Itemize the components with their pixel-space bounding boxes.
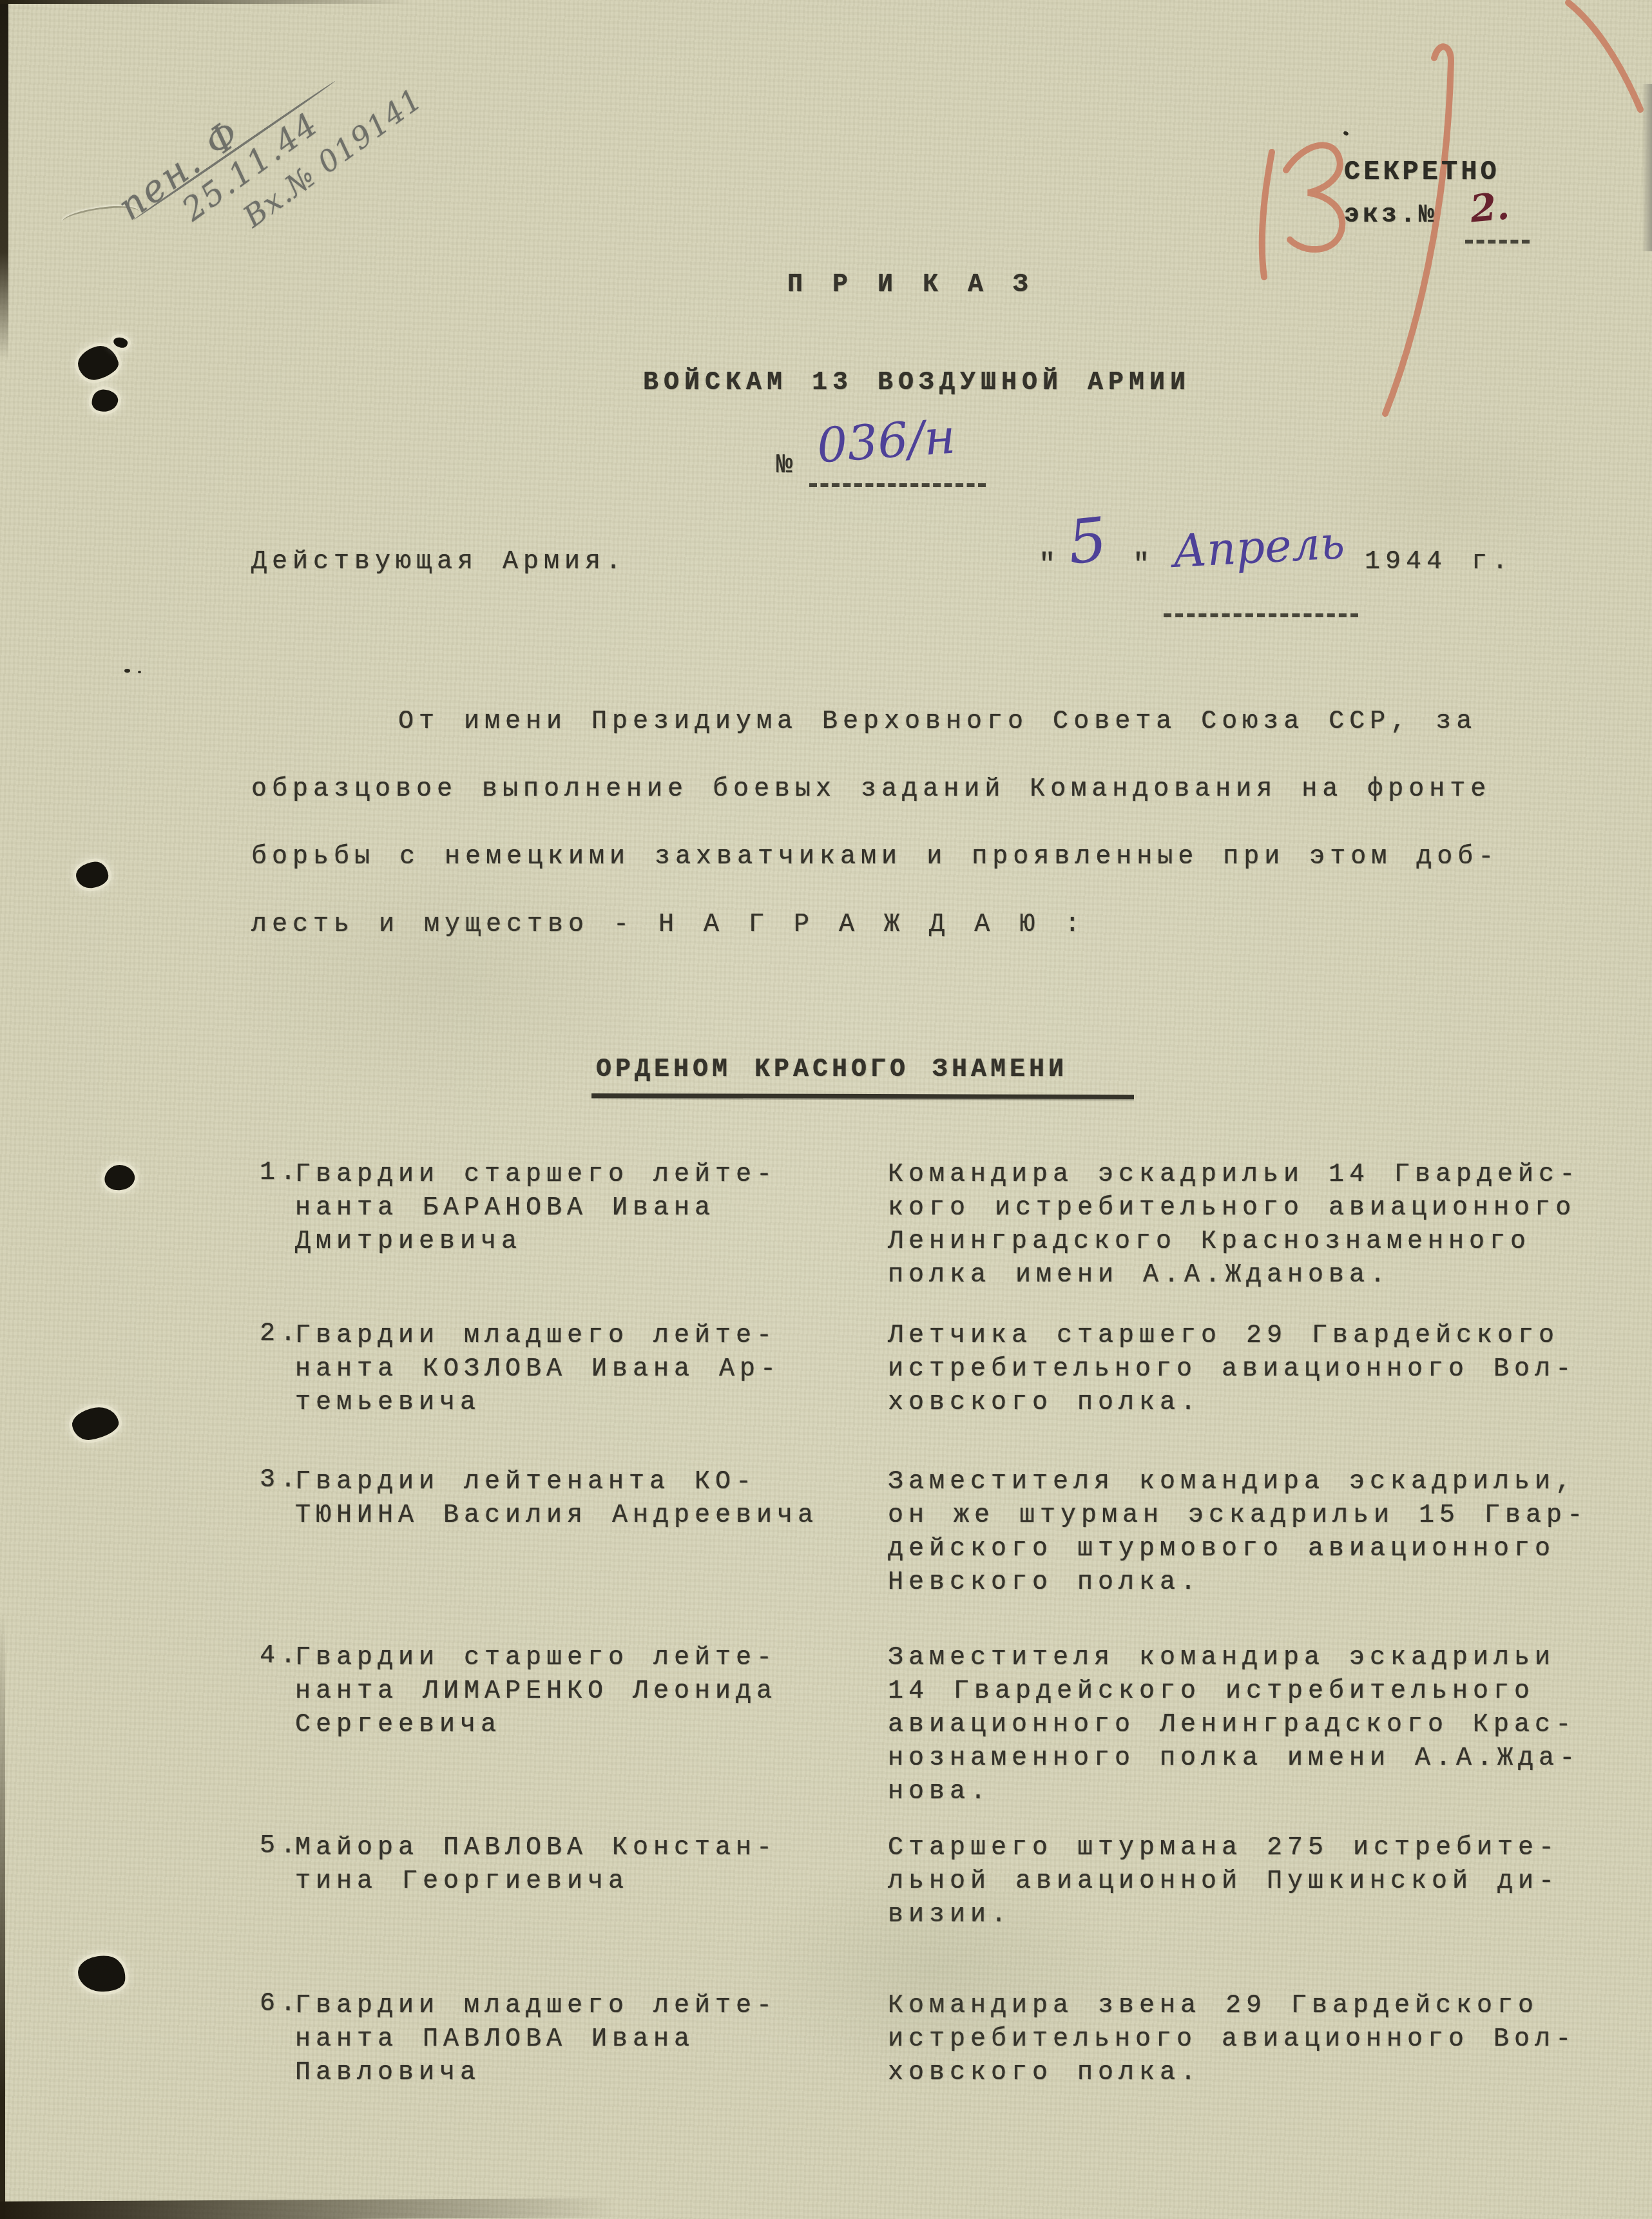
copy-number-label: экз.№ (1344, 201, 1437, 230)
entry-number: 2. (260, 1320, 298, 1349)
ink-speck (138, 671, 141, 673)
scan-edge-right-sliver (1642, 84, 1652, 251)
location-line: Действующая Армия. (251, 548, 626, 577)
paper-hole (75, 342, 121, 383)
date-close-quote: " (1133, 549, 1155, 581)
entry-position: Командира звена 29 Гвардейского истребит… (888, 1990, 1635, 2090)
ink-speck (124, 669, 130, 673)
page-title: П Р И К А З (787, 271, 1033, 300)
date-month-handwritten: Апрель (1171, 516, 1346, 578)
entry-position: Командира эскадрильи 14 Гвардейс- кого и… (888, 1158, 1635, 1292)
paper-hole (75, 860, 110, 889)
order-number-underline (809, 483, 986, 487)
award-section-underline (591, 1093, 1134, 1099)
entry-number: 1. (260, 1158, 298, 1187)
entry-number: 5. (260, 1832, 298, 1861)
scan-edge-left-bottom (0, 1611, 5, 2219)
page-subtitle: ВОЙСКАМ 13 ВОЗДУШНОЙ АРМИИ (643, 369, 1191, 398)
date-day-handwritten: 5 (1064, 504, 1110, 579)
entry-number: 4. (260, 1642, 298, 1671)
entry-position: Заместителя командира эскадрильи, он же … (888, 1466, 1635, 1600)
entry-position: Старшего штурмана 275 истребите- льной а… (888, 1832, 1635, 1932)
scan-edge-top (0, 0, 412, 4)
entry-awardee: Майора ПАВЛОВА Констан- тина Георгиевича (295, 1832, 862, 1899)
pencil-registration-note: пен. Ф 25.11.44 Вх.№ 019141 (110, 0, 503, 290)
date-month-underline (1164, 613, 1358, 617)
date-year: 1944 г. (1365, 548, 1513, 577)
date-open-quote: " (1039, 549, 1061, 581)
copy-number-underline (1465, 240, 1530, 244)
paper-hole (70, 1404, 120, 1443)
entry-awardee: Гвардии старшего лейте- нанта ЛИМАРЕНКО … (295, 1642, 862, 1742)
entry-awardee: Гвардии старшего лейте- нанта БАРАНОВА И… (295, 1158, 862, 1259)
paper-hole (76, 1953, 127, 1993)
entry-position: Летчика старшего 29 Гвардейского истреби… (888, 1320, 1635, 1420)
order-number-prefix: № (776, 450, 798, 481)
scan-edge-bottom-left (0, 2198, 670, 2219)
entry-awardee: Гвардии младшего лейте- нанта ПАВЛОВА Ив… (295, 1990, 862, 2090)
preamble-paragraph: От имени Президиума Верховного Совета Со… (251, 688, 1591, 959)
scan-edge-left-top (0, 0, 8, 361)
entry-awardee: Гвардии младшего лейте- нанта КОЗЛОВА Ив… (295, 1320, 862, 1420)
secret-stamp: СЕКРЕТНО (1344, 157, 1500, 187)
paper-hole (102, 1162, 137, 1194)
entry-number: 3. (260, 1466, 298, 1495)
entry-awardee: Гвардии лейтенанта КО- ТЮНИНА Василия Ан… (295, 1466, 862, 1533)
paper-hole (91, 388, 119, 413)
document-page: пен. Ф 25.11.44 Вх.№ 019141 СЕКРЕТНО экз… (0, 0, 1652, 2219)
copy-number-value: 2. (1468, 184, 1511, 231)
order-number-value: 036/н (815, 409, 957, 474)
paper-hole (112, 336, 129, 350)
award-section-heading: ОРДЕНОМ КРАСНОГО ЗНАМЕНИ (596, 1055, 1068, 1084)
entry-position: Заместителя командира эскадрильи 14 Гвар… (888, 1642, 1635, 1809)
ink-speck (1343, 130, 1349, 136)
entry-number: 6. (260, 1990, 298, 2019)
